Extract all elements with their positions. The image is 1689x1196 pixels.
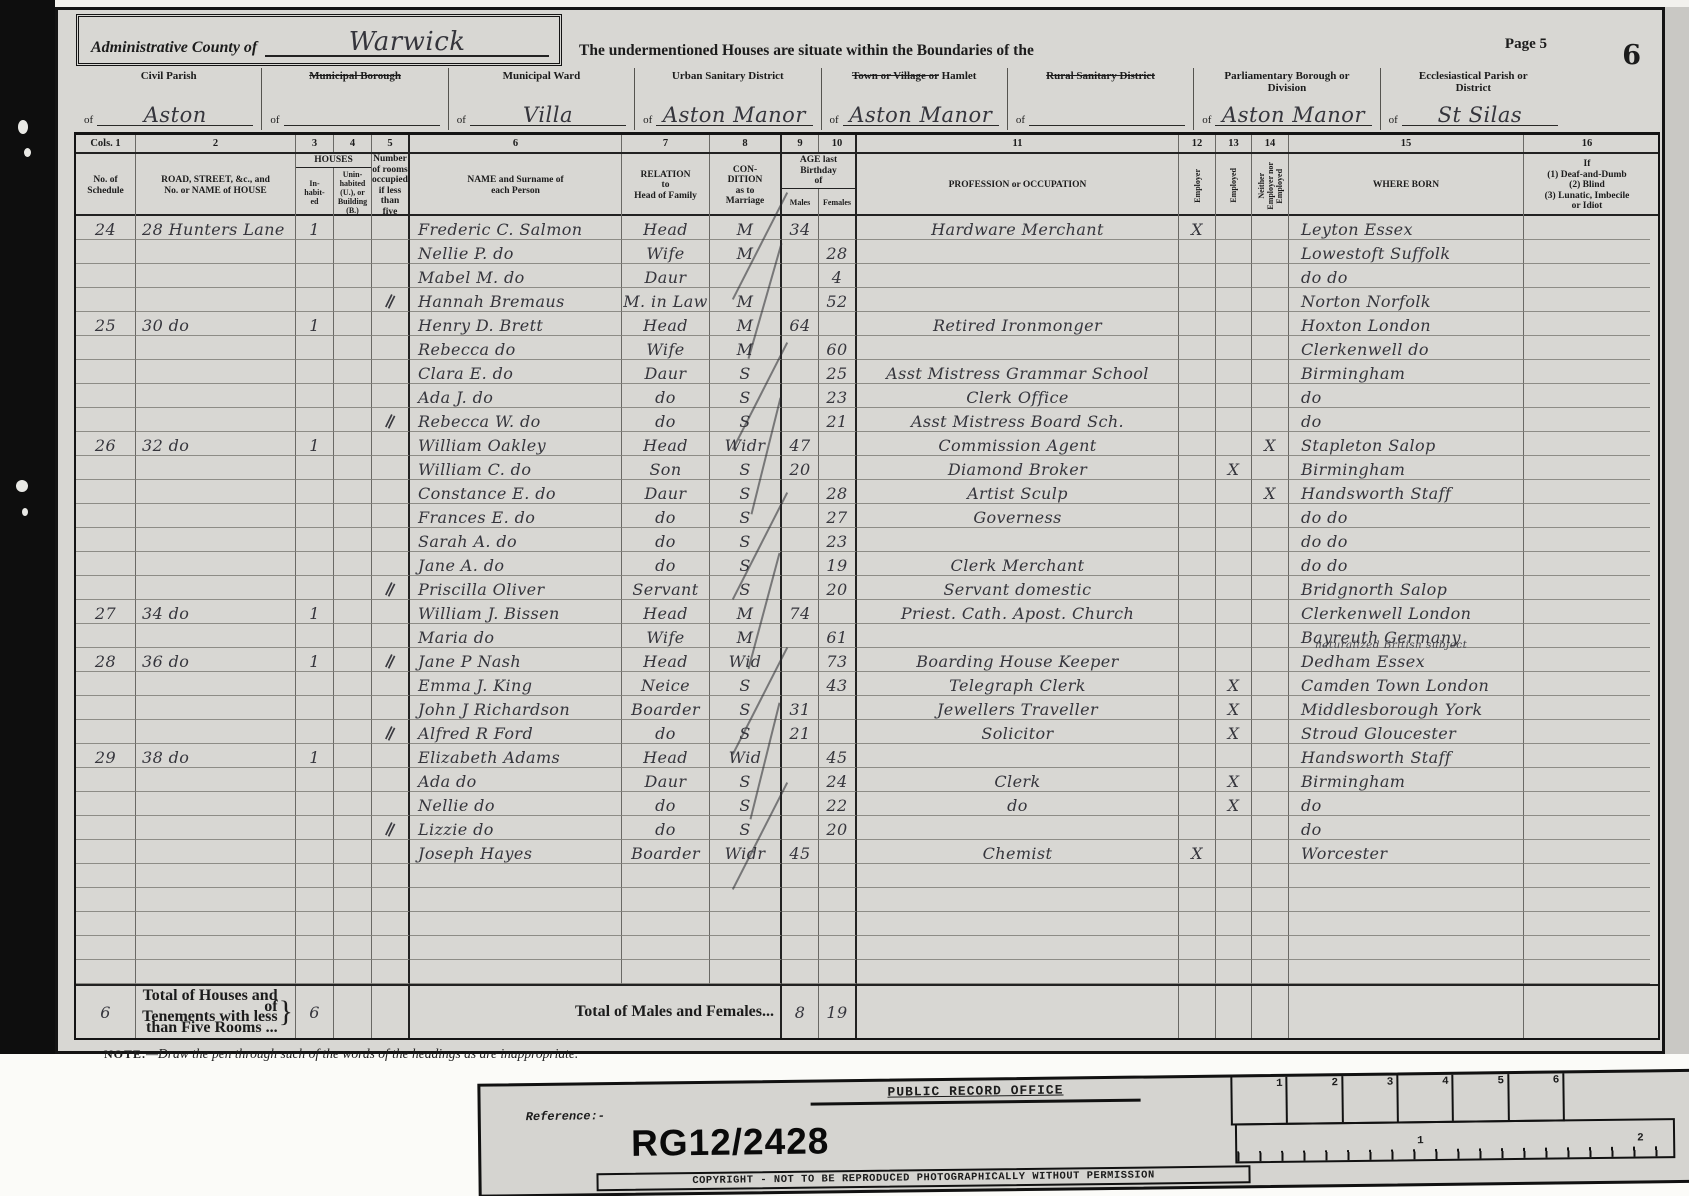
cell-inh [296,768,334,792]
cell-name: Frederic C. Salmon [410,216,622,240]
cell-inf [1524,792,1650,816]
cell-s [76,912,136,936]
cell-occ: do [857,792,1179,816]
cell-empd: X [1216,456,1252,480]
cell-addr [136,336,296,360]
cell-name: Jane P Nash [410,648,622,672]
cell-born: Camden Town London [1289,672,1524,696]
cell-inh [296,408,334,432]
cell-empd [1216,336,1252,360]
cell-occ: Commission Agent [857,432,1179,456]
ruler-tick-strip: 12 [1235,1118,1675,1163]
cell-am: 20 [782,456,819,480]
cell-af [819,600,857,624]
cell-inf [1524,528,1650,552]
cell-am [782,336,819,360]
cell-inf [1524,936,1650,960]
cell-s: 28 [76,648,136,672]
cell-occ [857,288,1179,312]
cell-inh [296,480,334,504]
cell-addr [136,816,296,840]
column-number: 2 [136,135,296,152]
cell-inh [296,528,334,552]
column-number: 15 [1289,135,1524,152]
scan-top-margin [0,0,1689,7]
cell-inh: 1 [296,648,334,672]
census-row: William C. doSonS20Diamond BrokerXBirmin… [76,456,1658,480]
administrative-county-box: Administrative County of Warwick [76,14,562,66]
cell-am [782,264,819,288]
cell-inh [296,384,334,408]
cell-cond: S [710,552,782,576]
cell-born [1289,912,1524,936]
census-row: 2938 do1Elizabeth AdamsHeadWid45Handswor… [76,744,1658,768]
cell-empd [1216,864,1252,888]
binding-hole [18,120,28,134]
cell-inf [1524,336,1650,360]
cell-am [782,792,819,816]
cell-occ: Clerk [857,768,1179,792]
cell-empd [1216,576,1252,600]
cell-af [819,840,857,864]
cell-addr [136,408,296,432]
cell-af [819,696,857,720]
cell-af [819,864,857,888]
cell-rooms [372,264,410,288]
cell-born: Handsworth Staff [1289,480,1524,504]
cell-inf [1524,384,1650,408]
column-number: 7 [622,135,710,152]
cell-unin [334,648,372,672]
cell-af [819,888,857,912]
census-row: ∥Alfred R ForddoS21SolicitorXStroud Glou… [76,720,1658,744]
cell-nei [1252,408,1289,432]
cell-rel: do [622,720,710,744]
district-label: Civil Parish [84,70,253,82]
cell-inh [296,240,334,264]
cell-rel [622,936,710,960]
cell-emp [1179,552,1216,576]
binding-hole [22,508,28,516]
col-condition: CON- DITION as to Marriage [710,154,782,217]
cell-rooms: ∥ [372,720,410,744]
col-profession: PROFESSION or OCCUPATION [857,154,1179,217]
cell-unin [334,816,372,840]
cell-name [410,864,622,888]
cell-inh [296,336,334,360]
cell-unin [334,456,372,480]
cell-unin [334,576,372,600]
cell-cond: Widr [710,432,782,456]
cell-empd [1216,888,1252,912]
cell-name: Clara E. do [410,360,622,384]
cell-addr: 30 do [136,312,296,336]
cell-nei [1252,696,1289,720]
district-label: Rural Sanitary District [1016,70,1185,82]
cell-inf [1524,456,1650,480]
cell-s: 29 [76,744,136,768]
district-cell-5: Rural Sanitary Districtof [1007,68,1193,130]
cell-rooms [372,624,410,648]
census-row: Joseph HayesBoarderWidr45ChemistXWorcest… [76,840,1658,864]
cell-name: Rebecca W. do [410,408,622,432]
cell-nei [1252,840,1289,864]
district-value: of [1016,114,1185,126]
cell-occ: Clerk Merchant [857,552,1179,576]
cell-nei [1252,264,1289,288]
cell-name: Mabel M. do [410,264,622,288]
cell-name: Nellie do [410,792,622,816]
cell-addr [136,456,296,480]
cell-cond: S [710,384,782,408]
cell-rel: Wife [622,336,710,360]
cell-emp [1179,888,1216,912]
pen-tally-mark: ∥ [382,580,397,600]
cell-empd [1216,528,1252,552]
district-header-row: Civil ParishofAstonMunicipal BoroughofMu… [76,68,1566,130]
cell-emp [1179,672,1216,696]
census-row: Nellie P. doWifeM28Lowestoft Suffolk [76,240,1658,264]
cell-emp [1179,912,1216,936]
cell-af: 61 [819,624,857,648]
cell-nei [1252,768,1289,792]
cell-af: 23 [819,384,857,408]
cell-emp [1179,792,1216,816]
cell-rel: Wife [622,624,710,648]
cell-empd [1216,936,1252,960]
cell-s [76,720,136,744]
cell-name: Elizabeth Adams [410,744,622,768]
cell-cond: S [710,696,782,720]
cell-rel: do [622,792,710,816]
cell-emp [1179,696,1216,720]
cell-af: 27 [819,504,857,528]
cell-rooms [372,552,410,576]
cell-empd [1216,816,1252,840]
cell-am [782,504,819,528]
cell-emp [1179,456,1216,480]
cell-af: 52 [819,288,857,312]
cell-nei [1252,960,1289,984]
cell-inh [296,456,334,480]
binding-hole [24,148,31,157]
cell-inh [296,936,334,960]
cell-s [76,384,136,408]
reference-label: Reference:- [526,1109,605,1124]
cell-rel: Daur [622,360,710,384]
cell-emp [1179,264,1216,288]
cell-unin [334,432,372,456]
cell-addr [136,840,296,864]
cell-born: Worcester [1289,840,1524,864]
cell-occ [857,624,1179,648]
cell-inf [1524,744,1650,768]
cell-addr: 38 do [136,744,296,768]
census-row [76,960,1658,984]
cell-inf [1524,696,1650,720]
cell-cond: M [710,600,782,624]
cell-am [782,936,819,960]
cell-born: Birmingham [1289,456,1524,480]
cell-inf [1524,480,1650,504]
cell-unin [334,912,372,936]
pen-tally-mark: ∥ [382,292,397,312]
cell-addr [136,960,296,984]
cell-born [1289,864,1524,888]
census-row: 2632 do1William OakleyHeadWidr47Commissi… [76,432,1658,456]
cell-am: 64 [782,312,819,336]
cell-af: 28 [819,240,857,264]
totals-houses-label: Total of Houses and of Tenements with le… [136,986,296,1038]
column-number: 10 [819,135,857,152]
cell-cond: Wid [710,744,782,768]
cell-occ: Solicitor [857,720,1179,744]
cell-cond [710,888,782,912]
column-number: 12 [1179,135,1216,152]
pen-tally-mark: ∥ [382,724,397,744]
boundaries-text: The undermentioned Houses are situate wi… [579,42,1034,60]
cell-af: 23 [819,528,857,552]
cell-s [76,576,136,600]
cell-inf [1524,504,1650,528]
cell-rel: Head [622,432,710,456]
cell-cond: S [710,456,782,480]
cell-af: 28 [819,480,857,504]
cell-cond: Widr [710,840,782,864]
cell-name [410,888,622,912]
cell-inf [1524,960,1650,984]
cell-rel [622,960,710,984]
column-number: 8 [710,135,782,152]
cell-cond [710,936,782,960]
cell-rooms [372,792,410,816]
census-row: ∥Rebecca W. dodoS21Asst Mistress Board S… [76,408,1658,432]
cell-rooms [372,216,410,240]
cell-inh [296,912,334,936]
cell-inf [1524,240,1650,264]
cell-cond: S [710,720,782,744]
cell-empd [1216,480,1252,504]
cell-born: Clerkenwell do [1289,336,1524,360]
cell-cond: S [710,528,782,552]
cell-rooms [372,744,410,768]
cell-occ: Clerk Office [857,384,1179,408]
cell-nei [1252,888,1289,912]
cell-unin [334,600,372,624]
cell-cond: M [710,336,782,360]
col-neither: Neither Employer nor Employed [1252,154,1289,217]
cell-rel: do [622,504,710,528]
cell-af [819,312,857,336]
cell-rel: Head [622,312,710,336]
col-relation: RELATION to Head of Family [622,154,710,217]
ruler-number: 3 [1343,1075,1399,1122]
ruler-number: 5 [1454,1074,1510,1121]
cell-unin [334,408,372,432]
col-name: NAME and Surname of each Person [410,154,622,217]
cell-occ: Diamond Broker [857,456,1179,480]
district-label: Municipal Borough [270,70,439,82]
cell-cond [710,960,782,984]
cell-addr [136,888,296,912]
cell-cond: S [710,360,782,384]
cell-unin [334,792,372,816]
cell-af [819,216,857,240]
houses-group-title: HOUSES [296,154,371,168]
cell-am [782,480,819,504]
cell-occ [857,912,1179,936]
cell-name: Joseph Hayes [410,840,622,864]
cell-inf [1524,600,1650,624]
cell-born: Stroud Gloucester [1289,720,1524,744]
cell-born: Bridgnorth Salop [1289,576,1524,600]
cell-born: Handsworth Staff [1289,744,1524,768]
cell-name: Constance E. do [410,480,622,504]
cell-unin [334,696,372,720]
ruler-number: 6 [1509,1073,1563,1120]
folio-number: 6 [1622,40,1641,71]
cell-occ: Asst Mistress Board Sch. [857,408,1179,432]
cell-name: Jane A. do [410,552,622,576]
cell-emp [1179,864,1216,888]
cell-name: William J. Bissen [410,600,622,624]
cell-rel: do [622,552,710,576]
census-row: Nellie dodoS22doXdo [76,792,1658,816]
brace-glyph: } [279,1007,293,1018]
census-row: ∥Hannah BremausM. in LawM52Norton Norfol… [76,288,1658,312]
district-cell-4: Town or Village or HamletofAston Manor [821,68,1007,130]
cell-addr [136,552,296,576]
census-row: 2836 do1∥Jane P NashHeadWid73Boarding Ho… [76,648,1658,672]
cell-af: 19 [819,552,857,576]
cell-s [76,288,136,312]
cell-rooms [372,696,410,720]
cell-name: Ada do [410,768,622,792]
district-value: ofVilla [457,106,626,126]
pen-tally-mark: ∥ [382,820,397,840]
cell-born: do do [1289,552,1524,576]
form-header: Administrative County of Warwick The und… [74,10,1662,132]
district-label: Parliamentary Borough or Division [1202,70,1371,94]
cell-empd [1216,264,1252,288]
cell-inh [296,888,334,912]
page-number: Page 5 [1505,36,1547,53]
cell-cond: M [710,312,782,336]
census-table: Cols. 12345678910111213141516 No. of Sch… [74,132,1660,1040]
census-form: Administrative County of Warwick The und… [55,7,1665,1054]
cell-unin [334,360,372,384]
census-row: ∥Lizzie dodoS20do [76,816,1658,840]
col-employed: Employed [1216,154,1252,217]
cell-unin [334,240,372,264]
cell-addr [136,480,296,504]
cell-emp [1179,360,1216,384]
cell-nei [1252,576,1289,600]
cell-rooms: ∥ [372,408,410,432]
cell-am: 47 [782,432,819,456]
cell-rel: Daur [622,480,710,504]
cell-inf [1524,888,1650,912]
cell-rooms [372,240,410,264]
census-row: John J RichardsonBoarderS31Jewellers Tra… [76,696,1658,720]
census-row: Emma J. KingNeiceS43Telegraph ClerkXCamd… [76,672,1658,696]
cell-empd [1216,216,1252,240]
cell-nei [1252,456,1289,480]
cell-emp: X [1179,216,1216,240]
cell-born: Lowestoft Suffolk [1289,240,1524,264]
col-inhabited: In- habit- ed [296,168,334,218]
cell-inh [296,672,334,696]
cell-nei [1252,792,1289,816]
cell-addr: 32 do [136,432,296,456]
cell-name: Lizzie do [410,816,622,840]
cell-name: Emma J. King [410,672,622,696]
cell-unin [334,744,372,768]
cell-s [76,528,136,552]
cell-unin [334,672,372,696]
cell-rel: Daur [622,264,710,288]
col-uninhabited: Unin- habited (U.), or Building (B.) [334,168,371,218]
totals-females: 19 [819,986,857,1038]
cell-empd: X [1216,720,1252,744]
cell-af: 4 [819,264,857,288]
cell-inf [1524,216,1650,240]
district-label: Town or Village or Hamlet [830,70,999,82]
cell-inf [1524,648,1650,672]
cell-s [76,816,136,840]
cell-am: 21 [782,720,819,744]
cell-rel: Head [622,600,710,624]
cell-rooms [372,864,410,888]
cell-unin [334,504,372,528]
cell-empd [1216,288,1252,312]
cell-af [819,432,857,456]
cell-am [782,864,819,888]
cell-emp [1179,336,1216,360]
census-row: 2734 do1William J. BissenHeadM74Priest. … [76,600,1658,624]
cell-occ: Telegraph Clerk [857,672,1179,696]
cell-empd: X [1216,696,1252,720]
cell-occ: Governess [857,504,1179,528]
cell-cond: S [710,768,782,792]
cell-name: Ada J. do [410,384,622,408]
cell-am [782,528,819,552]
column-number: 13 [1216,135,1252,152]
district-cell-7: Ecclesiastical Parish or DistrictofSt Si… [1380,68,1566,130]
cell-s: 25 [76,312,136,336]
cell-nei [1252,240,1289,264]
cell-inh [296,576,334,600]
cell-name [410,936,622,960]
cell-occ [857,864,1179,888]
cell-inh [296,840,334,864]
cell-nei [1252,672,1289,696]
cell-cond: S [710,816,782,840]
census-row: Rebecca doWifeM60Clerkenwell do [76,336,1658,360]
cell-s [76,360,136,384]
cell-addr [136,240,296,264]
cell-occ: Servant domestic [857,576,1179,600]
cell-addr [136,696,296,720]
cell-addr [136,576,296,600]
cell-occ: Retired Ironmonger [857,312,1179,336]
cell-rooms [372,840,410,864]
cell-addr [136,912,296,936]
col-road: ROAD, STREET, &c., and No. or NAME of HO… [136,154,296,217]
cell-inh [296,552,334,576]
cell-name: Frances E. do [410,504,622,528]
cell-name: John J Richardson [410,696,622,720]
